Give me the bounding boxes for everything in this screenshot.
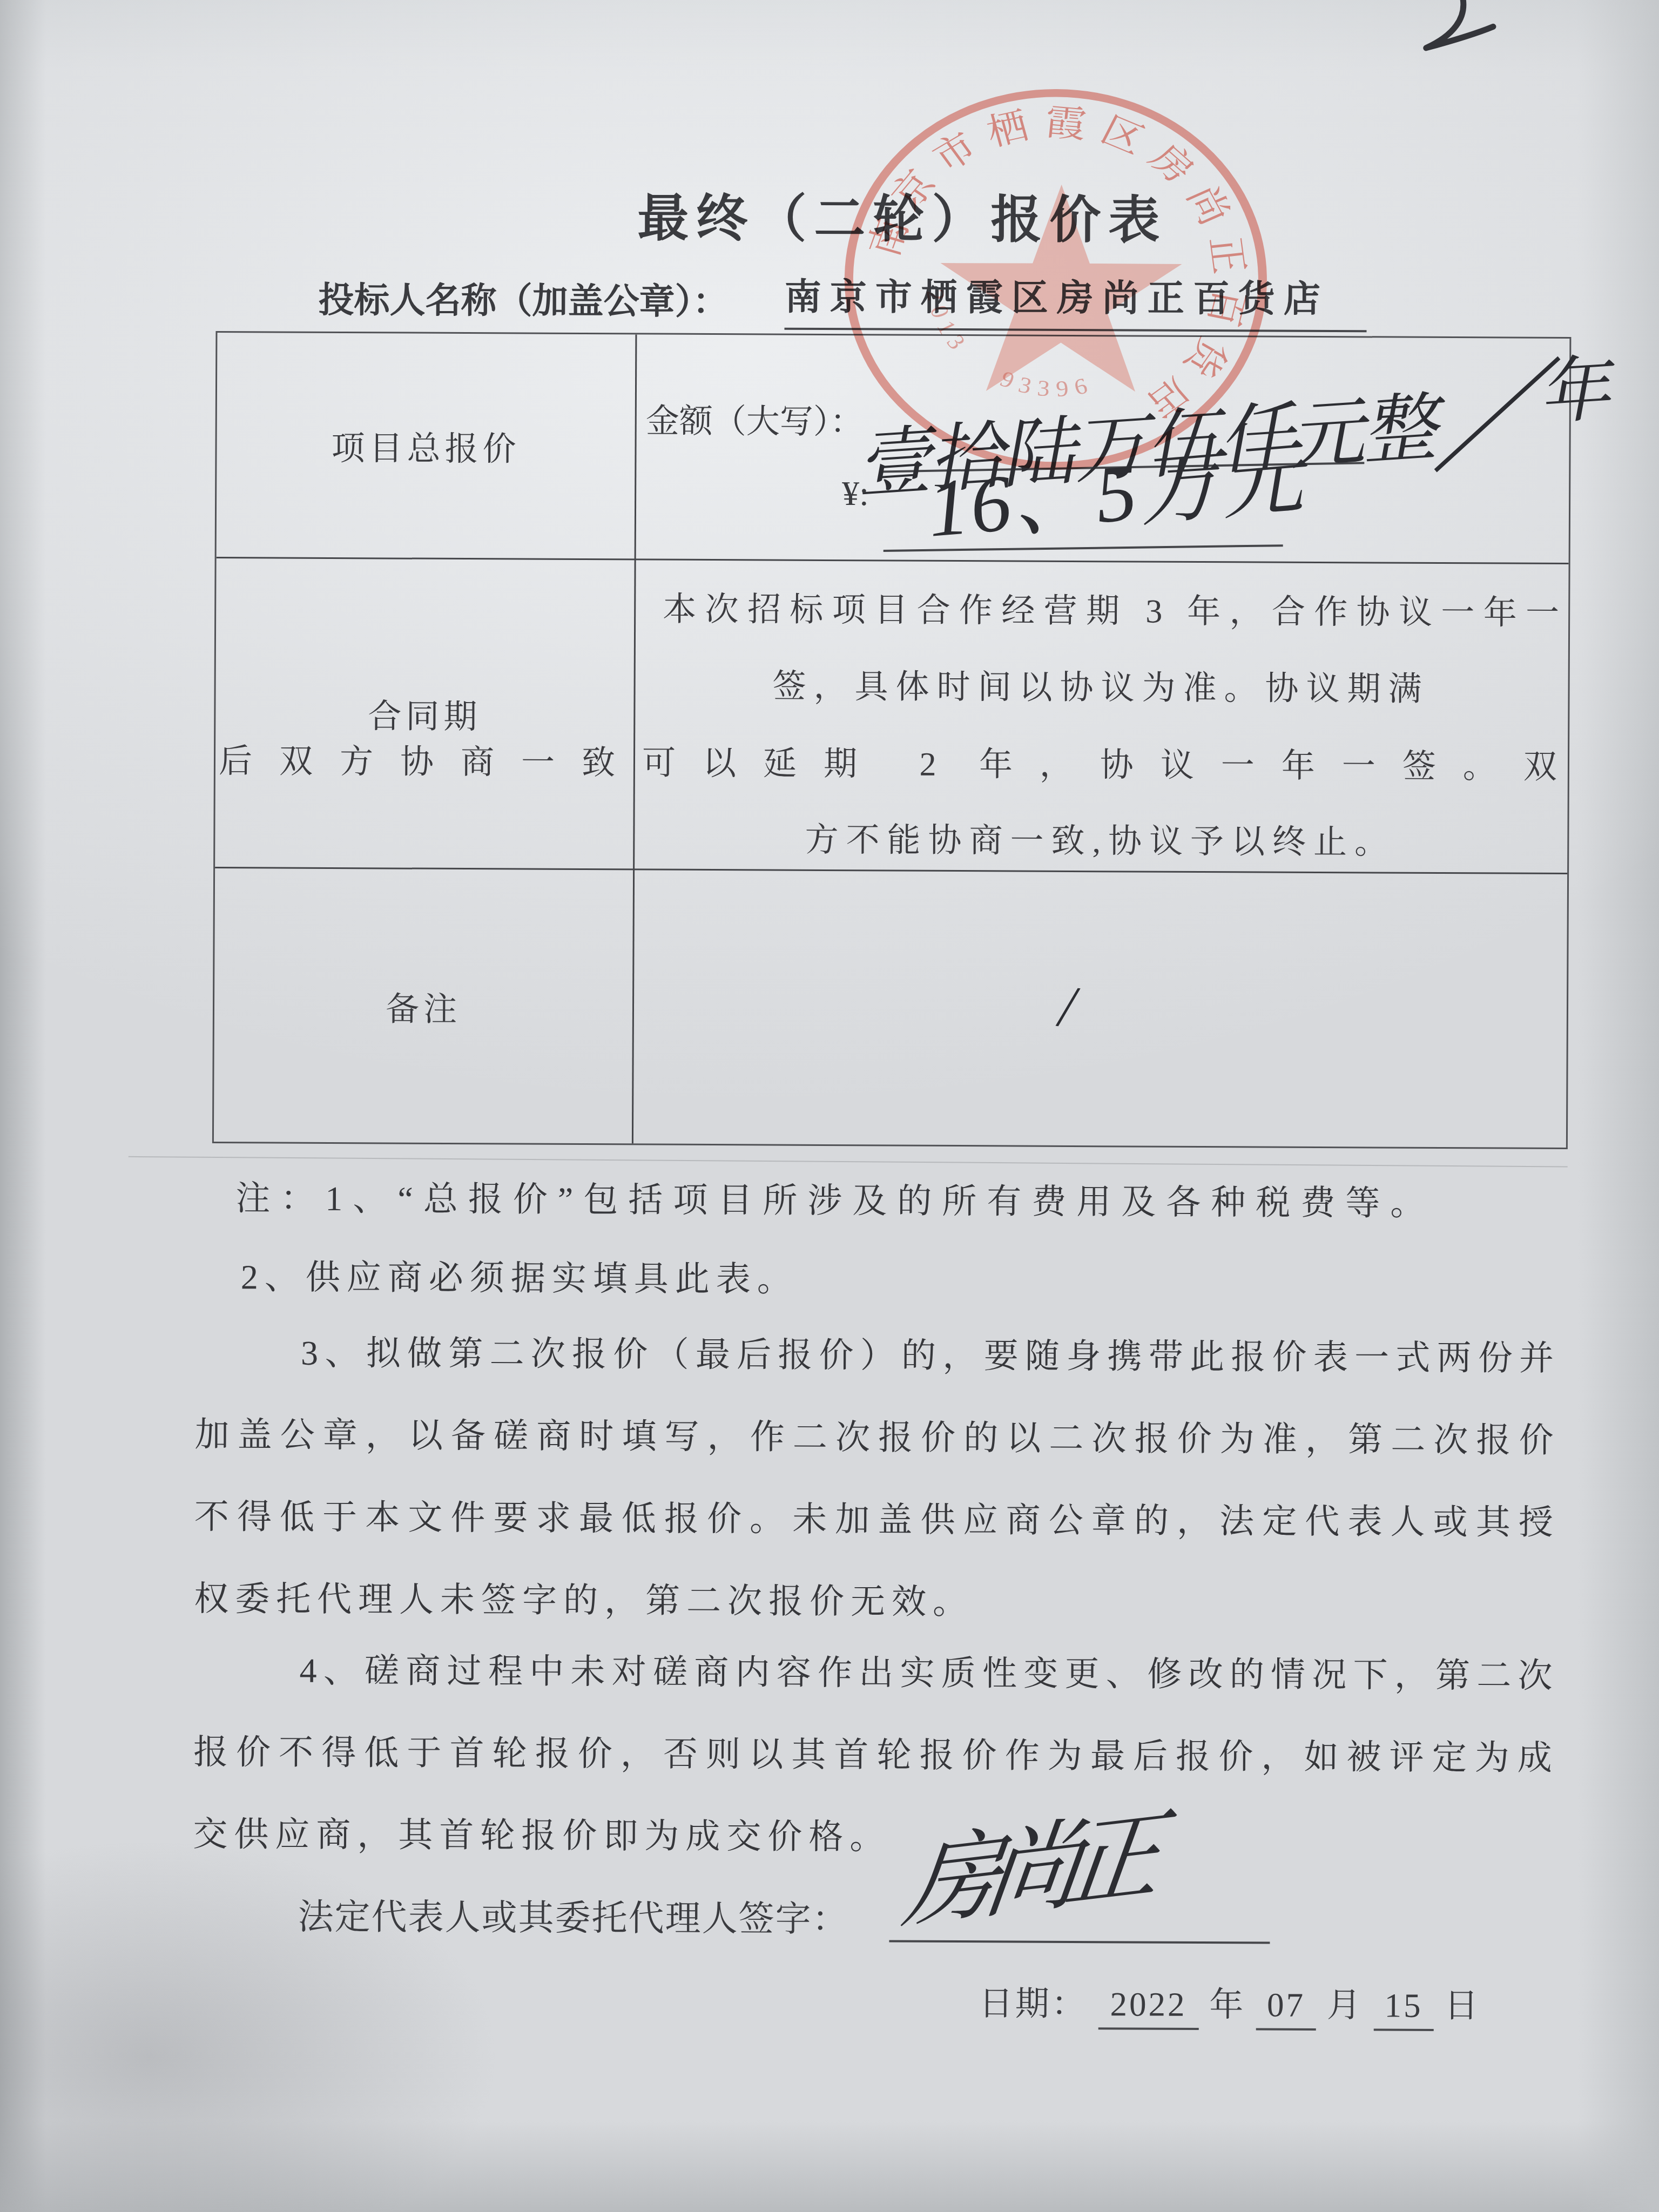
date-line: 日期： 2022 年 07 月 15 日 bbox=[979, 1976, 1481, 2027]
notes-line-6: 权委托代理人未签字的，第二次报价无效。 bbox=[194, 1571, 1559, 1627]
row-label-remarks: 备注 bbox=[214, 868, 633, 1143]
notes-line-4: 加盖公章，以备磋商时填写，作二次报价的以二次报价为准，第二次报价 bbox=[194, 1407, 1560, 1462]
notes-line-9: 交供应商，其首轮报价即为成交价格。 bbox=[193, 1806, 1558, 1862]
row-label-total-quote: 项目总报价 bbox=[217, 333, 636, 558]
contract-period-line-3: 后双方协商一致可以延期 2 年，协议一年一签。双 bbox=[219, 734, 1564, 788]
date-year-value: 2022 bbox=[1098, 1985, 1199, 2030]
remarks-slash-handwriting: / bbox=[1056, 972, 1078, 1042]
date-year-unit: 年 bbox=[1209, 1986, 1245, 2024]
row-label-contract-period: 合同期 bbox=[215, 558, 634, 868]
scanned-paper-background: 最终（二轮）报价表 投标人名称（加盖公章）： 南京市栖霞区房尚正百货店 项目总报… bbox=[0, 0, 1659, 2212]
signature-handwriting: 房尚正 bbox=[898, 1777, 1157, 1947]
contract-period-line-4: 方不能协商一致,协议予以终止。 bbox=[635, 812, 1566, 864]
company-stamp: 南京市栖霞区房尚正百货店 2013 93396 bbox=[822, 69, 1289, 490]
contract-period-line-1: 本次招标项目合作经营期 3 年，合作协议一年一 bbox=[663, 582, 1567, 634]
signature-label: 法定代表人或其委托代理人签字： bbox=[298, 1888, 848, 1941]
handwritten-corner-mark bbox=[1402, 0, 1516, 59]
notes-line-3: 3、拟做第二次报价（最后报价）的，要随身携带此报价表一式两份并 bbox=[195, 1325, 1560, 1380]
document-sheet: 最终（二轮）报价表 投标人名称（加盖公章）： 南京市栖霞区房尚正百货店 项目总报… bbox=[0, 0, 1659, 2212]
date-label: 日期： bbox=[979, 1985, 1088, 2023]
bidder-label: 投标人名称（加盖公章）： bbox=[319, 271, 729, 324]
contract-period-line-2: 签，具体时间以协议为准。协议期满 bbox=[635, 658, 1566, 711]
paper-crease-line bbox=[129, 1156, 1568, 1168]
notes-line-5: 不得低于本文件要求最低报价。未加盖供应商公章的，法定代表人或其授 bbox=[194, 1489, 1560, 1545]
notes-line-2: 2、供应商必须据实填具此表。 bbox=[195, 1249, 1606, 1305]
date-day-unit: 日 bbox=[1444, 1987, 1480, 2025]
date-day-value: 15 bbox=[1374, 1986, 1434, 2031]
date-month-value: 07 bbox=[1256, 1986, 1316, 2030]
date-month-unit: 月 bbox=[1327, 1986, 1363, 2024]
amount-year-text: 年 bbox=[1536, 349, 1613, 433]
notes-line-7: 4、磋商过程中未对磋商内容作出实质性变更、修改的情况下，第二次 bbox=[193, 1642, 1559, 1698]
amount-slash-stroke: ／ bbox=[1425, 352, 1549, 488]
notes-line-1: 注：1、“总报价”包括项目所涉及的所有费用及各种税费等。 bbox=[195, 1170, 1601, 1226]
notes-line-8: 报价不得低于首轮报价，否则以其首轮报价作为最后报价，如被评定为成 bbox=[193, 1724, 1559, 1780]
